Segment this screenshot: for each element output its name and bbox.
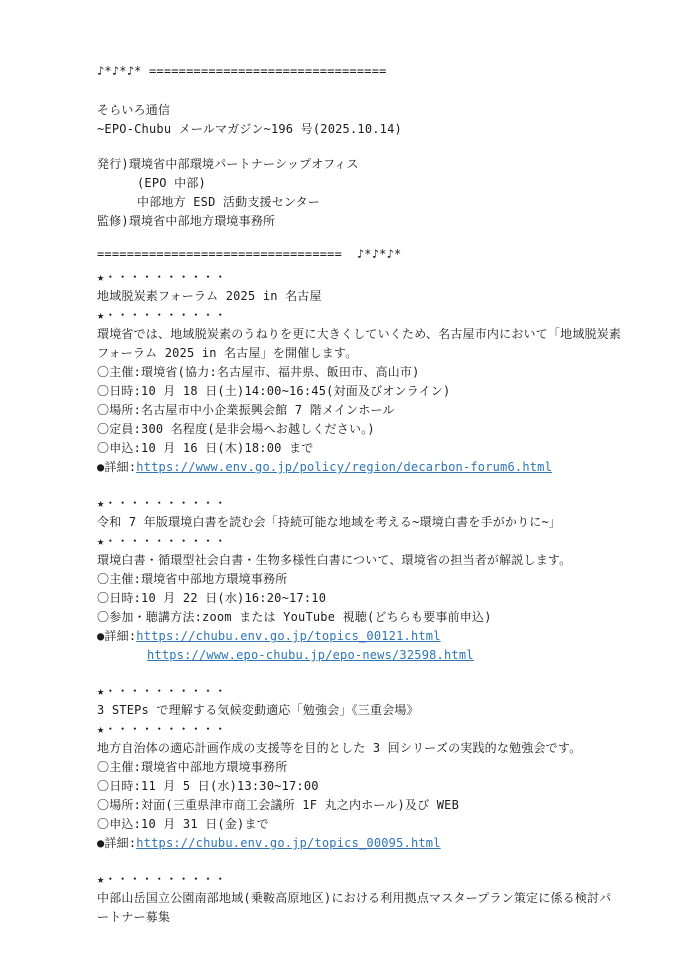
supervisor-line: 監修)環境省中部地方環境事務所 (97, 212, 653, 231)
newsletter-title: そらいろ通信 (97, 101, 653, 120)
bottom-divider: ================================= ♪*♪*♪* (97, 245, 653, 264)
detail-organizer: 〇主催:環境省中部地方環境事務所 (97, 570, 653, 589)
detail-place: 〇場所:名古屋市中小企業振興会館 7 階メインホール (97, 401, 653, 420)
section-body-line: 環境省では、地域脱炭素のうねりを更に大きくしていくため、名古屋市内において「地域… (97, 325, 653, 344)
detail-link-label: ●詳細: (97, 836, 136, 850)
detail-place: 〇場所:対面(三重県津市商工会議所 1F 丸之内ホール)及び WEB (97, 796, 653, 815)
star-rule: ★・・・・・・・・・・ (97, 268, 653, 287)
detail-organizer: 〇主催:環境省(協力:名古屋市、福井県、飯田市、高山市) (97, 363, 653, 382)
section-title: 地域脱炭素フォーラム 2025 in 名古屋 (97, 287, 653, 306)
section-climate-adaptation-workshop: ★・・・・・・・・・・ 3 STEPs で理解する気候変動適応「勉強会」《三重会… (97, 682, 653, 853)
detail-datetime: 〇日時:10 月 18 日(土)14:00~16:45(対面及びオンライン) (97, 382, 653, 401)
newsletter-subtitle: ~EPO-Chubu メールマガジン~196 号(2025.10.14) (97, 120, 653, 139)
detail-url[interactable]: https://chubu.env.go.jp/topics_00121.htm… (136, 629, 440, 643)
star-rule: ★・・・・・・・・・・ (97, 682, 653, 701)
detail-link-line: ●詳細:https://chubu.env.go.jp/topics_00095… (97, 834, 653, 853)
section-body-line: フォーラム 2025 in 名古屋」を開催します。 (97, 344, 653, 363)
star-rule: ★・・・・・・・・・・ (97, 306, 653, 325)
publisher-line-1: 発行)環境省中部環境パートナーシップオフィス (97, 155, 653, 174)
section-whitepaper-reading: ★・・・・・・・・・・ 令和 7 年版環境白書を読む会「持続可能な地域を考える~… (97, 494, 653, 665)
section-title: 令和 7 年版環境白書を読む会「持続可能な地域を考える~環境白書を手がかりに~」 (97, 513, 653, 532)
section-decarbon-forum: ★・・・・・・・・・・ 地域脱炭素フォーラム 2025 in 名古屋 ★・・・・… (97, 268, 653, 477)
detail-url[interactable]: https://chubu.env.go.jp/topics_00095.htm… (136, 836, 440, 850)
star-rule: ★・・・・・・・・・・ (97, 720, 653, 739)
detail-deadline: 〇申込:10 月 31 日(金)まで (97, 815, 653, 834)
detail-deadline: 〇申込:10 月 16 日(木)18:00 まで (97, 439, 653, 458)
detail-participation: 〇参加・聴講方法:zoom または YouTube 視聴(どちらも要事前申込) (97, 608, 653, 627)
section-title: 3 STEPs で理解する気候変動適応「勉強会」《三重会場》 (97, 701, 653, 720)
publisher-line-3: 中部地方 ESD 活動支援センター (97, 193, 653, 212)
newsletter-document: ♪*♪*♪* ================================ … (0, 0, 693, 980)
section-body-line: 環境白書・循環型社会白書・生物多様性白書について、環境省の担当者が解説します。 (97, 551, 653, 570)
detail-link-line: ●詳細:https://www.env.go.jp/policy/region/… (97, 458, 653, 477)
section-body-line: 地方自治体の適応計画作成の支援等を目的とした 3 回シリーズの実践的な勉強会です… (97, 739, 653, 758)
detail-link-line-2: https://www.epo-chubu.jp/epo-news/32598.… (97, 646, 653, 665)
detail-link-line: ●詳細:https://chubu.env.go.jp/topics_00121… (97, 627, 653, 646)
section-title-line-1: 中部山岳国立公園南部地域(乗鞍高原地区)における利用拠点マスタープラン策定に係る… (97, 889, 653, 908)
top-divider: ♪*♪*♪* ================================ (97, 62, 653, 81)
section-title-line-2: ートナー募集 (97, 908, 653, 927)
detail-link-label: ●詳細: (97, 460, 136, 474)
detail-capacity: 〇定員:300 名程度(是非会場へお越しください。) (97, 420, 653, 439)
detail-datetime: 〇日時:11 月 5 日(水)13:30~17:00 (97, 777, 653, 796)
star-rule: ★・・・・・・・・・・ (97, 532, 653, 551)
detail-link-label: ●詳細: (97, 629, 136, 643)
detail-url[interactable]: https://www.epo-chubu.jp/epo-news/32598.… (147, 648, 474, 662)
star-rule: ★・・・・・・・・・・ (97, 494, 653, 513)
detail-organizer: 〇主催:環境省中部地方環境事務所 (97, 758, 653, 777)
detail-url[interactable]: https://www.env.go.jp/policy/region/deca… (136, 460, 552, 474)
star-rule: ★・・・・・・・・・・ (97, 870, 653, 889)
detail-datetime: 〇日時:10 月 22 日(水)16:20~17:10 (97, 589, 653, 608)
section-partner-recruitment: ★・・・・・・・・・・ 中部山岳国立公園南部地域(乗鞍高原地区)における利用拠点… (97, 870, 653, 927)
publisher-line-2: (EPO 中部) (97, 174, 653, 193)
